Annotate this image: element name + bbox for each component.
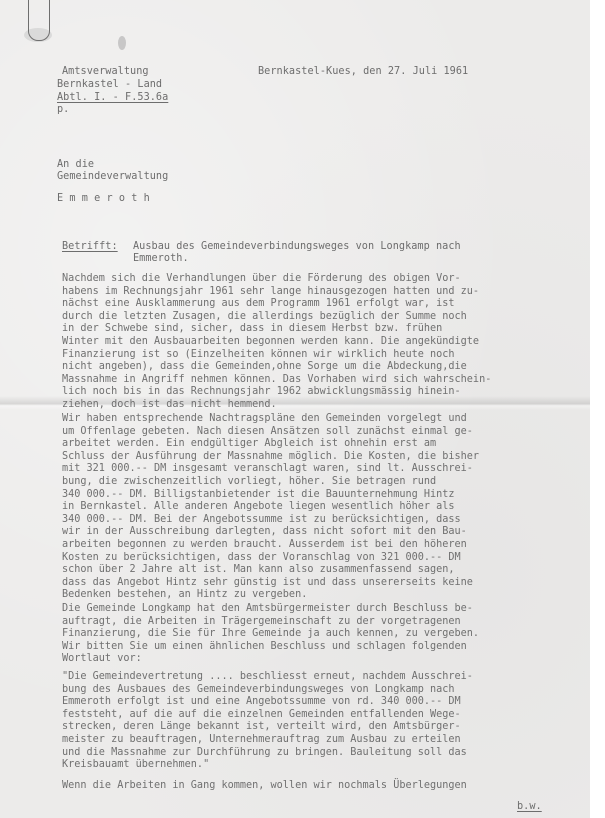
text-line: lich noch bis in das Rechnungsjahr 1962 … <box>62 386 491 399</box>
text-line: dass das Angebot Hintz sehr günstig ist … <box>62 577 479 590</box>
recipient-line1: An die <box>57 159 94 172</box>
paper-clip-icon <box>28 0 50 41</box>
text-line: "Die Gemeindevertretung .... beschliesst… <box>62 671 473 684</box>
text-line: 340 000.-- DM. Billigstanbietender ist d… <box>62 489 479 502</box>
text-line: bung des Ausbaues des Gemeindeverbindung… <box>62 684 473 697</box>
text-line: Emmeroth erfolgt ist und eine Angebotssu… <box>62 696 473 709</box>
text-line: Wenn die Arbeiten in Gang kommen, wollen… <box>62 780 467 793</box>
text-line: wir in der Ausschreibung darlegten, dass… <box>62 526 479 539</box>
resolution-quote: "Die Gemeindevertretung .... beschliesst… <box>62 671 473 772</box>
text-line: Finanzierung ist so (Einzelheiten können… <box>62 349 491 362</box>
text-line: arbeiten begonnen zu werden braucht. Aus… <box>62 539 479 552</box>
text-line: Bedenken bestehen, an Hintz zu vergeben. <box>62 589 479 602</box>
text-line: Die Gemeinde Longkamp hat den Amtsbürger… <box>62 603 479 616</box>
place-date: Bernkastel-Kues, den 27. Juli 1961 <box>258 66 468 79</box>
recipient-line2: Gemeindeverwaltung <box>57 171 168 184</box>
text-line: Massnahme in Angriff nehmen können. Das … <box>62 374 491 387</box>
text-line: auftragt, die Arbeiten in Trägergemeinsc… <box>62 616 479 629</box>
text-line: durch die letzten Zusagen, die allerding… <box>62 311 491 324</box>
text-line: 340 000.-- DM. Bei der Angebotssumme ist… <box>62 514 479 527</box>
ink-smudge <box>118 36 126 50</box>
letterhead-initial: p. <box>57 104 69 117</box>
body-paragraph-1: Nachdem sich die Verhandlungen über die … <box>62 273 491 412</box>
text-line: nächst eine Ausklammerung aus dem Progra… <box>62 298 491 311</box>
text-line: Wir haben entsprechende Nachtragspläne d… <box>62 413 479 426</box>
text-line: mit 321 000.-- DM insgesamt veranschlagt… <box>62 463 479 476</box>
text-line: Wir bitten Sie um einen ähnlichen Beschl… <box>62 641 479 654</box>
text-line: Schluss der Ausführung der Massnahme mög… <box>62 451 479 464</box>
body-paragraph-closing: Wenn die Arbeiten in Gang kommen, wollen… <box>62 780 467 793</box>
text-line: Kosten zu berücksichtigen, dass der Vora… <box>62 552 479 565</box>
text-line: habens im Rechnungsjahr 1961 sehr lange … <box>62 286 491 299</box>
continued-marker: b.w. <box>517 801 542 814</box>
text-line: in Bernkastel. Alle anderen Angebote lie… <box>62 501 479 514</box>
text-line: Kreisbauamt übernehmen." <box>62 759 473 772</box>
text-line: feststeht, auf die auf die einzelnen Gem… <box>62 709 473 722</box>
letterhead-office: Amtsverwaltung <box>62 66 149 79</box>
text-line: nicht angeben), dass die Gemeinden,ohne … <box>62 361 491 374</box>
subject-line1: Ausbau des Gemeindeverbindungsweges von … <box>133 241 461 254</box>
letter-page: Amtsverwaltung Bernkastel - Land Abtl. I… <box>0 0 590 818</box>
letterhead-district: Bernkastel - Land <box>57 79 162 92</box>
text-line: ziehen, doch ist das nicht hemmend. <box>62 399 491 412</box>
text-line: arbeitet werden. Ein endgültiger Abgleic… <box>62 438 479 451</box>
subject-label: Betrifft: <box>62 241 118 254</box>
text-line: Winter mit den Ausbauarbeiten begonnen w… <box>62 336 491 349</box>
text-line: strecken, deren Länge bekannt ist, verte… <box>62 721 473 734</box>
text-line: um Offenlage gebeten. Nach diesen Ansätz… <box>62 426 479 439</box>
letterhead-reference: Abtl. I. - F.53.6a <box>57 92 168 105</box>
text-line: Wortlaut vor: <box>62 653 479 666</box>
text-line: Finanzierung, die Sie für Ihre Gemeinde … <box>62 628 479 641</box>
recipient-town: E m m e r o t h <box>57 193 150 206</box>
text-line: Nachdem sich die Verhandlungen über die … <box>62 273 491 286</box>
text-line: in der Schwebe sind, sicher, dass in die… <box>62 323 491 336</box>
body-paragraph-3: Die Gemeinde Longkamp hat den Amtsbürger… <box>62 603 479 666</box>
text-line: bung, die zwischenzeitlich vorliegt, höh… <box>62 476 479 489</box>
text-line: und die Massnahme zur Durchführung zu br… <box>62 747 473 760</box>
subject-line2: Emmeroth. <box>133 253 189 266</box>
text-line: meister zu beauftragen, Unternehmerauftr… <box>62 734 473 747</box>
text-line: schon über 2 Jahre alt ist. Man kann als… <box>62 564 479 577</box>
body-paragraph-2: Wir haben entsprechende Nachtragspläne d… <box>62 413 479 602</box>
